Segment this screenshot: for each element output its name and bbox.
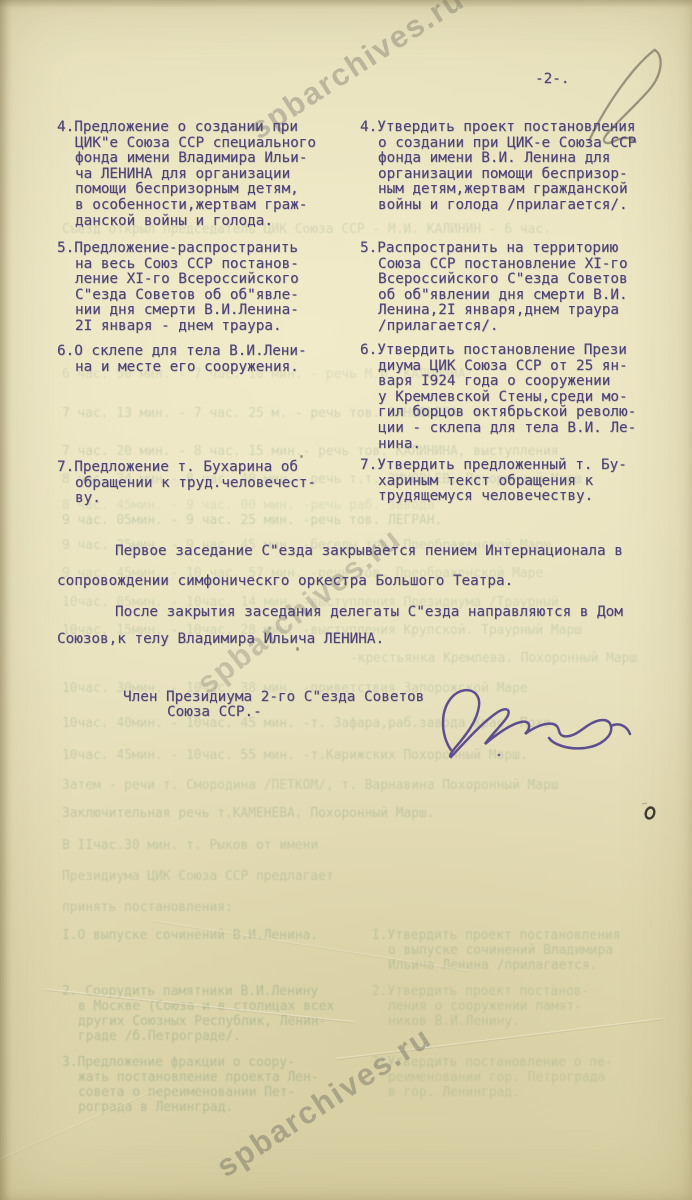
item-number: 5.	[360, 240, 377, 256]
item-line: войны и голода /прилагается/.	[360, 198, 636, 214]
paper-crease	[336, 1018, 664, 1060]
item-line: хариным текст обращения к	[360, 474, 627, 490]
item-line: Ленина,2I января,днем траура	[360, 303, 628, 319]
item-line: ление ХI-го Всероссийского	[57, 272, 299, 288]
paper-top-edge	[0, 0, 692, 8]
item-line: /прилагается/.	[360, 319, 628, 335]
item-line: в особенности,жертвам граж-	[57, 198, 316, 214]
bleedthrough-line: ников В.И.Ленину.	[388, 1014, 520, 1029]
item-line: ным детям,жертвам гражданской	[360, 182, 636, 198]
item-number: 5.	[57, 240, 74, 256]
bleedthrough-line: 2. Соорудить памятники В.И.Ленину	[62, 984, 318, 999]
agenda-item-7-left: 7.Предложение т. Бухарина об обращении к…	[57, 460, 316, 507]
item-line: Утвердить предложенный т. Бу-	[377, 457, 627, 473]
item-line: организации помощи беспризор-	[360, 167, 636, 183]
bleedthrough-line: граде /б.Петрограде/.	[78, 1029, 241, 1044]
item-line: фонда имени Владимира Ильи-	[57, 151, 316, 167]
item-line: Распространить на территорию	[377, 240, 618, 256]
paper-speck	[300, 455, 303, 458]
item-line: Утвердить проект постановления	[377, 119, 635, 135]
bleedthrough-line: жать постановление проекта Лен-	[78, 1070, 319, 1085]
bleedthrough-line: о выпуске сочинений Владимира	[388, 943, 613, 958]
item-line: нина.	[360, 437, 636, 453]
item-line: О склепе для тела В.И.Лени-	[74, 343, 306, 359]
bleedthrough-line: -крестьянка Кремлева. Похоронный Марш	[350, 651, 637, 666]
signature-autograph: А.Енукидзе	[437, 684, 637, 764]
item-number: 7.	[57, 459, 74, 475]
bleedthrough-line: 2.Утвердить проект постанов-	[372, 984, 589, 999]
bleedthrough-line: Затем - речи т. Смородина /ПЕТКОМ/, т. В…	[62, 778, 559, 793]
bleedthrough-line: в гор. Ленинград.	[388, 1085, 520, 1100]
pencil-mark: о	[640, 800, 660, 824]
item-line: нии дня смерти В.И.Ленина-	[57, 303, 299, 319]
bleedthrough-line: В IIчас.30 мин. т. Рыков от имени	[62, 838, 318, 853]
item-line: данской войны и голода.	[57, 214, 316, 230]
bleedthrough-line: совета о переименовании Пет-	[78, 1085, 295, 1100]
agenda-item-5-left: 5.Предложение-распространить на весь Сою…	[57, 241, 299, 335]
item-line: ции - склепа для тела В.И. Ле-	[360, 421, 636, 437]
item-line: Предложение о создании при	[74, 119, 298, 135]
item-number: 4.	[57, 119, 74, 135]
item-line: Предложение т. Бухарина об	[74, 459, 298, 475]
paper-crease	[152, 920, 468, 972]
item-line: фонда имени В.И. Ленина для	[360, 151, 636, 167]
bleedthrough-line: других Союзных Республик, Ленин-	[78, 1014, 326, 1029]
item-line: ву.	[57, 491, 316, 507]
closing-paragraph-line: После закрытия заседания делегаты С"езда…	[115, 605, 623, 621]
item-line: помощи беспризорным детям,	[57, 182, 316, 198]
signature-title-line: Союза ССР.-	[167, 705, 262, 721]
item-line: ЦИК"е Союза ССР специального	[57, 136, 316, 152]
item-line: Союза ССР постановление ХI-го	[360, 257, 628, 273]
paper-left-edge	[0, 0, 12, 1200]
item-line: диума ЦИК Союза ССР от 25 ян-	[360, 359, 636, 375]
agenda-item-6-left: 6.О склепе для тела В.И.Лени- на и месте…	[57, 344, 307, 375]
bleedthrough-line: 3.Предложение фракции о соору-	[62, 1055, 295, 1070]
document-page: Съезд открыл председатель ЦИК Союза ССР …	[0, 0, 692, 1200]
bleedthrough-line: I.Утвердить проект постановления	[372, 928, 620, 943]
item-line: варя I924 года о сооружении	[360, 374, 636, 390]
item-line: ча ЛЕНИНА для организации	[57, 167, 316, 183]
bleedthrough-line: 9 час. 05мин. - 9 час. 25 мин. -речь тов…	[62, 513, 442, 528]
item-number: 6.	[360, 342, 377, 358]
item-number: 6.	[57, 343, 74, 359]
bleedthrough-line: Президиума ЦИК Союза ССР предлагает	[62, 869, 334, 884]
agenda-item-7-right: 7.Утвердить предложенный т. Бу- хариным …	[360, 458, 627, 505]
bleedthrough-line: ления о сооружении памят-	[388, 999, 582, 1014]
bleedthrough-line: Ильича Ленина /прилагается.	[388, 958, 598, 973]
bleedthrough-line: Заключительная речь т.КАМЕНЕВА. Похоронн…	[62, 806, 435, 821]
paper-crease	[46, 989, 355, 1023]
agenda-item-5-right: 5.Распространить на территорию Союза ССР…	[360, 241, 628, 335]
closing-paragraph-line: Союзов,к телу Владимира Ильича ЛЕНИНА.	[57, 632, 384, 648]
item-number: 7.	[360, 457, 377, 473]
bleedthrough-line: 3.Утвердить постановление о пе-	[372, 1055, 613, 1070]
item-line: о создании при ЦИК-е Союза ССР	[360, 136, 636, 152]
paper-crease	[0, 1086, 162, 1165]
item-line: Утвердить постановление Прези	[377, 342, 627, 358]
agenda-item-6-right: 6.Утвердить постановление Прези диума ЦИ…	[360, 343, 636, 452]
item-line: 2I января - днем траура.	[57, 319, 299, 335]
item-number: 4.	[360, 119, 377, 135]
item-line: Всероссийского С"езда Советов	[360, 272, 628, 288]
bleedthrough-line: принять постановления:	[62, 900, 233, 915]
bleedthrough-line: рограда в Ленинград.	[78, 1100, 233, 1115]
item-line: на и месте его сооружения.	[57, 360, 307, 376]
bleedthrough-line: реименовании гор. Петрограда	[388, 1070, 605, 1085]
typed-page-number: -2-.	[535, 72, 569, 88]
item-line: у Кремлевской Стены,среди мо-	[360, 390, 636, 406]
item-line: на весь Союз ССР постанов-	[57, 257, 299, 273]
paper-speck	[296, 647, 299, 651]
item-line: трудящемуся человечеству.	[360, 489, 627, 505]
item-line: обращении к труд.человечест-	[57, 476, 316, 492]
archive-watermark: spbarchives.ru	[210, 1019, 438, 1185]
item-line: С"езда Советов об об"явле-	[57, 288, 299, 304]
bleedthrough-line: I.О выпуске сочинений В.И.Ленина.	[62, 928, 318, 943]
closing-paragraph-line: Первое заседание С"езда закрывается пени…	[115, 544, 623, 560]
bleedthrough-line: в Москве (Союза и в столицах всех	[78, 999, 334, 1014]
item-line: гил борцов октябрьской револю-	[360, 405, 636, 421]
agenda-item-4-right: 4.Утвердить проект постановления о созда…	[360, 120, 636, 214]
agenda-item-4-left: 4.Предложение о создании при ЦИК"е Союза…	[57, 120, 316, 229]
item-line: об об"явлении дня смерти В.И.	[360, 288, 628, 304]
item-line: Предложение-распространить	[74, 240, 298, 256]
closing-paragraph-line: сопровождении симфоническго оркестра Бол…	[57, 574, 513, 590]
